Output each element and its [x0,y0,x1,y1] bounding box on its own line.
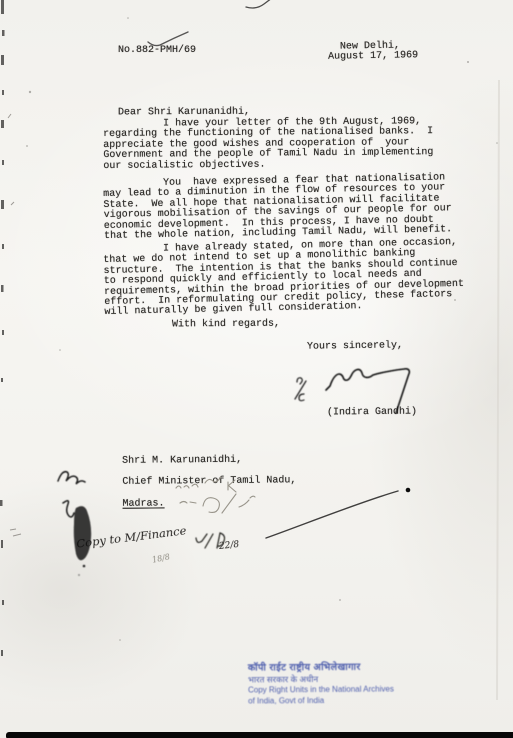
stamp-english-line-2: of India, Govt of India [248,695,394,707]
recipient-block: Shri M. Karunanidhi, Chief Minister of T… [98,444,297,521]
handwritten-copy-date: 22/8 [219,540,240,552]
paragraph-1: I have your letter of the 9th August, 19… [103,117,434,172]
ink-blot [74,506,91,560]
ink-dot [406,488,411,493]
kind-regards-line: With kind regards, [172,320,280,331]
pen-curve-top [246,0,272,8]
scan-marks-overlay [0,0,513,738]
signature-printed-name: (Indira Gandhi) [327,408,417,419]
margin-scrawl [58,472,85,484]
stamp-hindi-line-1: कॉपी राईट राष्ट्रीय अभिलेखागार [248,661,394,674]
dateline: New Delhi, August 17, 1969 [328,41,418,63]
recipient-city: Madras. [122,498,164,509]
paragraph-3: I have already stated, on more than one … [103,238,465,319]
recipient-name: Shri M. Karunanidhi, [122,455,242,467]
scan-edge-artifacts [0,0,5,656]
ink-speck [78,574,80,576]
stamp-english-line-1: Copy Right Units in the National Archive… [248,684,394,696]
recipient-title: Chief Minister of Tamil Nadu, [122,476,296,489]
ink-speck [83,565,86,568]
paragraph-2: You have expressed a fear that nationali… [103,173,452,242]
cc-mark-lower [299,394,304,401]
national-archives-stamp: कॉपी राईट राष्ट्रीय अभिलेखागार भारत सरका… [248,661,394,706]
handwritten-copy-note: Copy to M/Finance [76,523,188,550]
cc-mark-slash [295,381,306,399]
reference-number: No.882-PMH/69 [118,46,196,56]
handwritten-faint-date: 18/8 [151,552,170,565]
scanned-letter-page: No.882-PMH/69 New Delhi, August 17, 1969… [0,0,513,738]
pen-checkmark [148,32,188,46]
edge-tick-marks [8,114,21,536]
scan-bottom-edge [6,732,513,738]
closing-line: Yours sincerely, [307,341,403,353]
cc-mark-upper [297,378,302,384]
paper-crease [497,80,499,700]
margin-scrawl-d [63,501,74,517]
